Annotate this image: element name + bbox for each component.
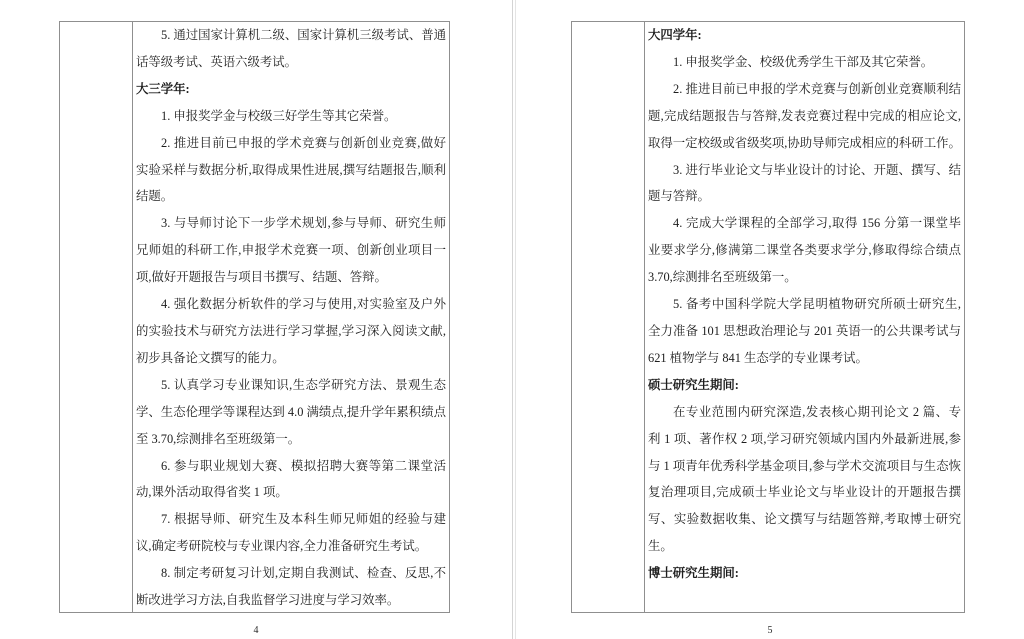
document-page-4: 5. 通过国家计算机二级、国家计算机三级考试、普通话等级考试、英语六级考试。大三… [0, 0, 512, 639]
section-heading: 硕士研究生期间: [648, 372, 961, 399]
plan-paragraph: 5. 通过国家计算机二级、国家计算机三级考试、普通话等级考试、英语六级考试。 [136, 22, 446, 76]
table-text-column: 5. 通过国家计算机二级、国家计算机三级考试、普通话等级考试、英语六级考试。大三… [133, 22, 449, 612]
plan-paragraph: 在专业范围内研究深造,发表核心期刊论文 2 篇、专利 1 项、著作权 2 项,学… [648, 399, 961, 560]
plan-paragraph: 1. 申报奖学金与校级三好学生等其它荣誉。 [136, 103, 446, 130]
plan-table-page-4: 5. 通过国家计算机二级、国家计算机三级考试、普通话等级考试、英语六级考试。大三… [59, 21, 450, 613]
plan-paragraph: 4. 强化数据分析软件的学习与使用,对实验室及户外的实验技术与研究方法进行学习掌… [136, 291, 446, 372]
table-text-column: 大四学年:1. 申报奖学金、校级优秀学生干部及其它荣誉。2. 推进目前已申报的学… [645, 22, 964, 612]
page-number: 4 [0, 625, 512, 636]
plan-paragraph: 5. 备考中国科学院大学昆明植物研究所硕士研究生,全力准备 101 思想政治理论… [648, 291, 961, 372]
plan-paragraph: 3. 与导师讨论下一步学术规划,参与导师、研究生师兄师姐的科研工作,申报学术竞赛… [136, 210, 446, 291]
plan-paragraph: 6. 参与职业规划大赛、模拟招聘大赛等第二课堂活动,课外活动取得省奖 1 项。 [136, 453, 446, 507]
plan-paragraph: 7. 根据导师、研究生及本科生师兄师姐的经验与建议,确定考研院校与专业课内容,全… [136, 506, 446, 560]
plan-paragraph: 2. 推进目前已申报的学术竞赛与创新创业竞赛顺利结题,完成结题报告与答辩,发表竞… [648, 76, 961, 157]
page-number: 5 [516, 625, 1024, 636]
table-side-column [572, 22, 645, 612]
section-heading: 博士研究生期间: [648, 560, 961, 587]
plan-paragraph: 2. 推进目前已申报的学术竞赛与创新创业竞赛,做好实验采样与数据分析,取得成果性… [136, 130, 446, 211]
section-heading: 大四学年: [648, 22, 961, 49]
document-page-5: 大四学年:1. 申报奖学金、校级优秀学生干部及其它荣誉。2. 推进目前已申报的学… [516, 0, 1024, 639]
plan-table-page-5: 大四学年:1. 申报奖学金、校级优秀学生干部及其它荣誉。2. 推进目前已申报的学… [571, 21, 965, 613]
plan-paragraph: 8. 制定考研复习计划,定期自我测试、检查、反思,不断改进学习方法,自我监督学习… [136, 560, 446, 612]
plan-paragraph: 1. 申报奖学金、校级优秀学生干部及其它荣誉。 [648, 49, 961, 76]
plan-paragraph: 3. 进行毕业论文与毕业设计的讨论、开题、撰写、结题与答辩。 [648, 157, 961, 211]
plan-paragraph: 4. 完成大学课程的全部学习,取得 156 分第一课堂毕业要求学分,修满第二课堂… [648, 210, 961, 291]
section-heading: 大三学年: [136, 76, 446, 103]
table-side-column [60, 22, 133, 612]
document-viewer: 5. 通过国家计算机二级、国家计算机三级考试、普通话等级考试、英语六级考试。大三… [0, 0, 1024, 639]
plan-paragraph: 5. 认真学习专业课知识,生态学研究方法、景观生态学、生态伦理学等课程达到 4.… [136, 372, 446, 453]
